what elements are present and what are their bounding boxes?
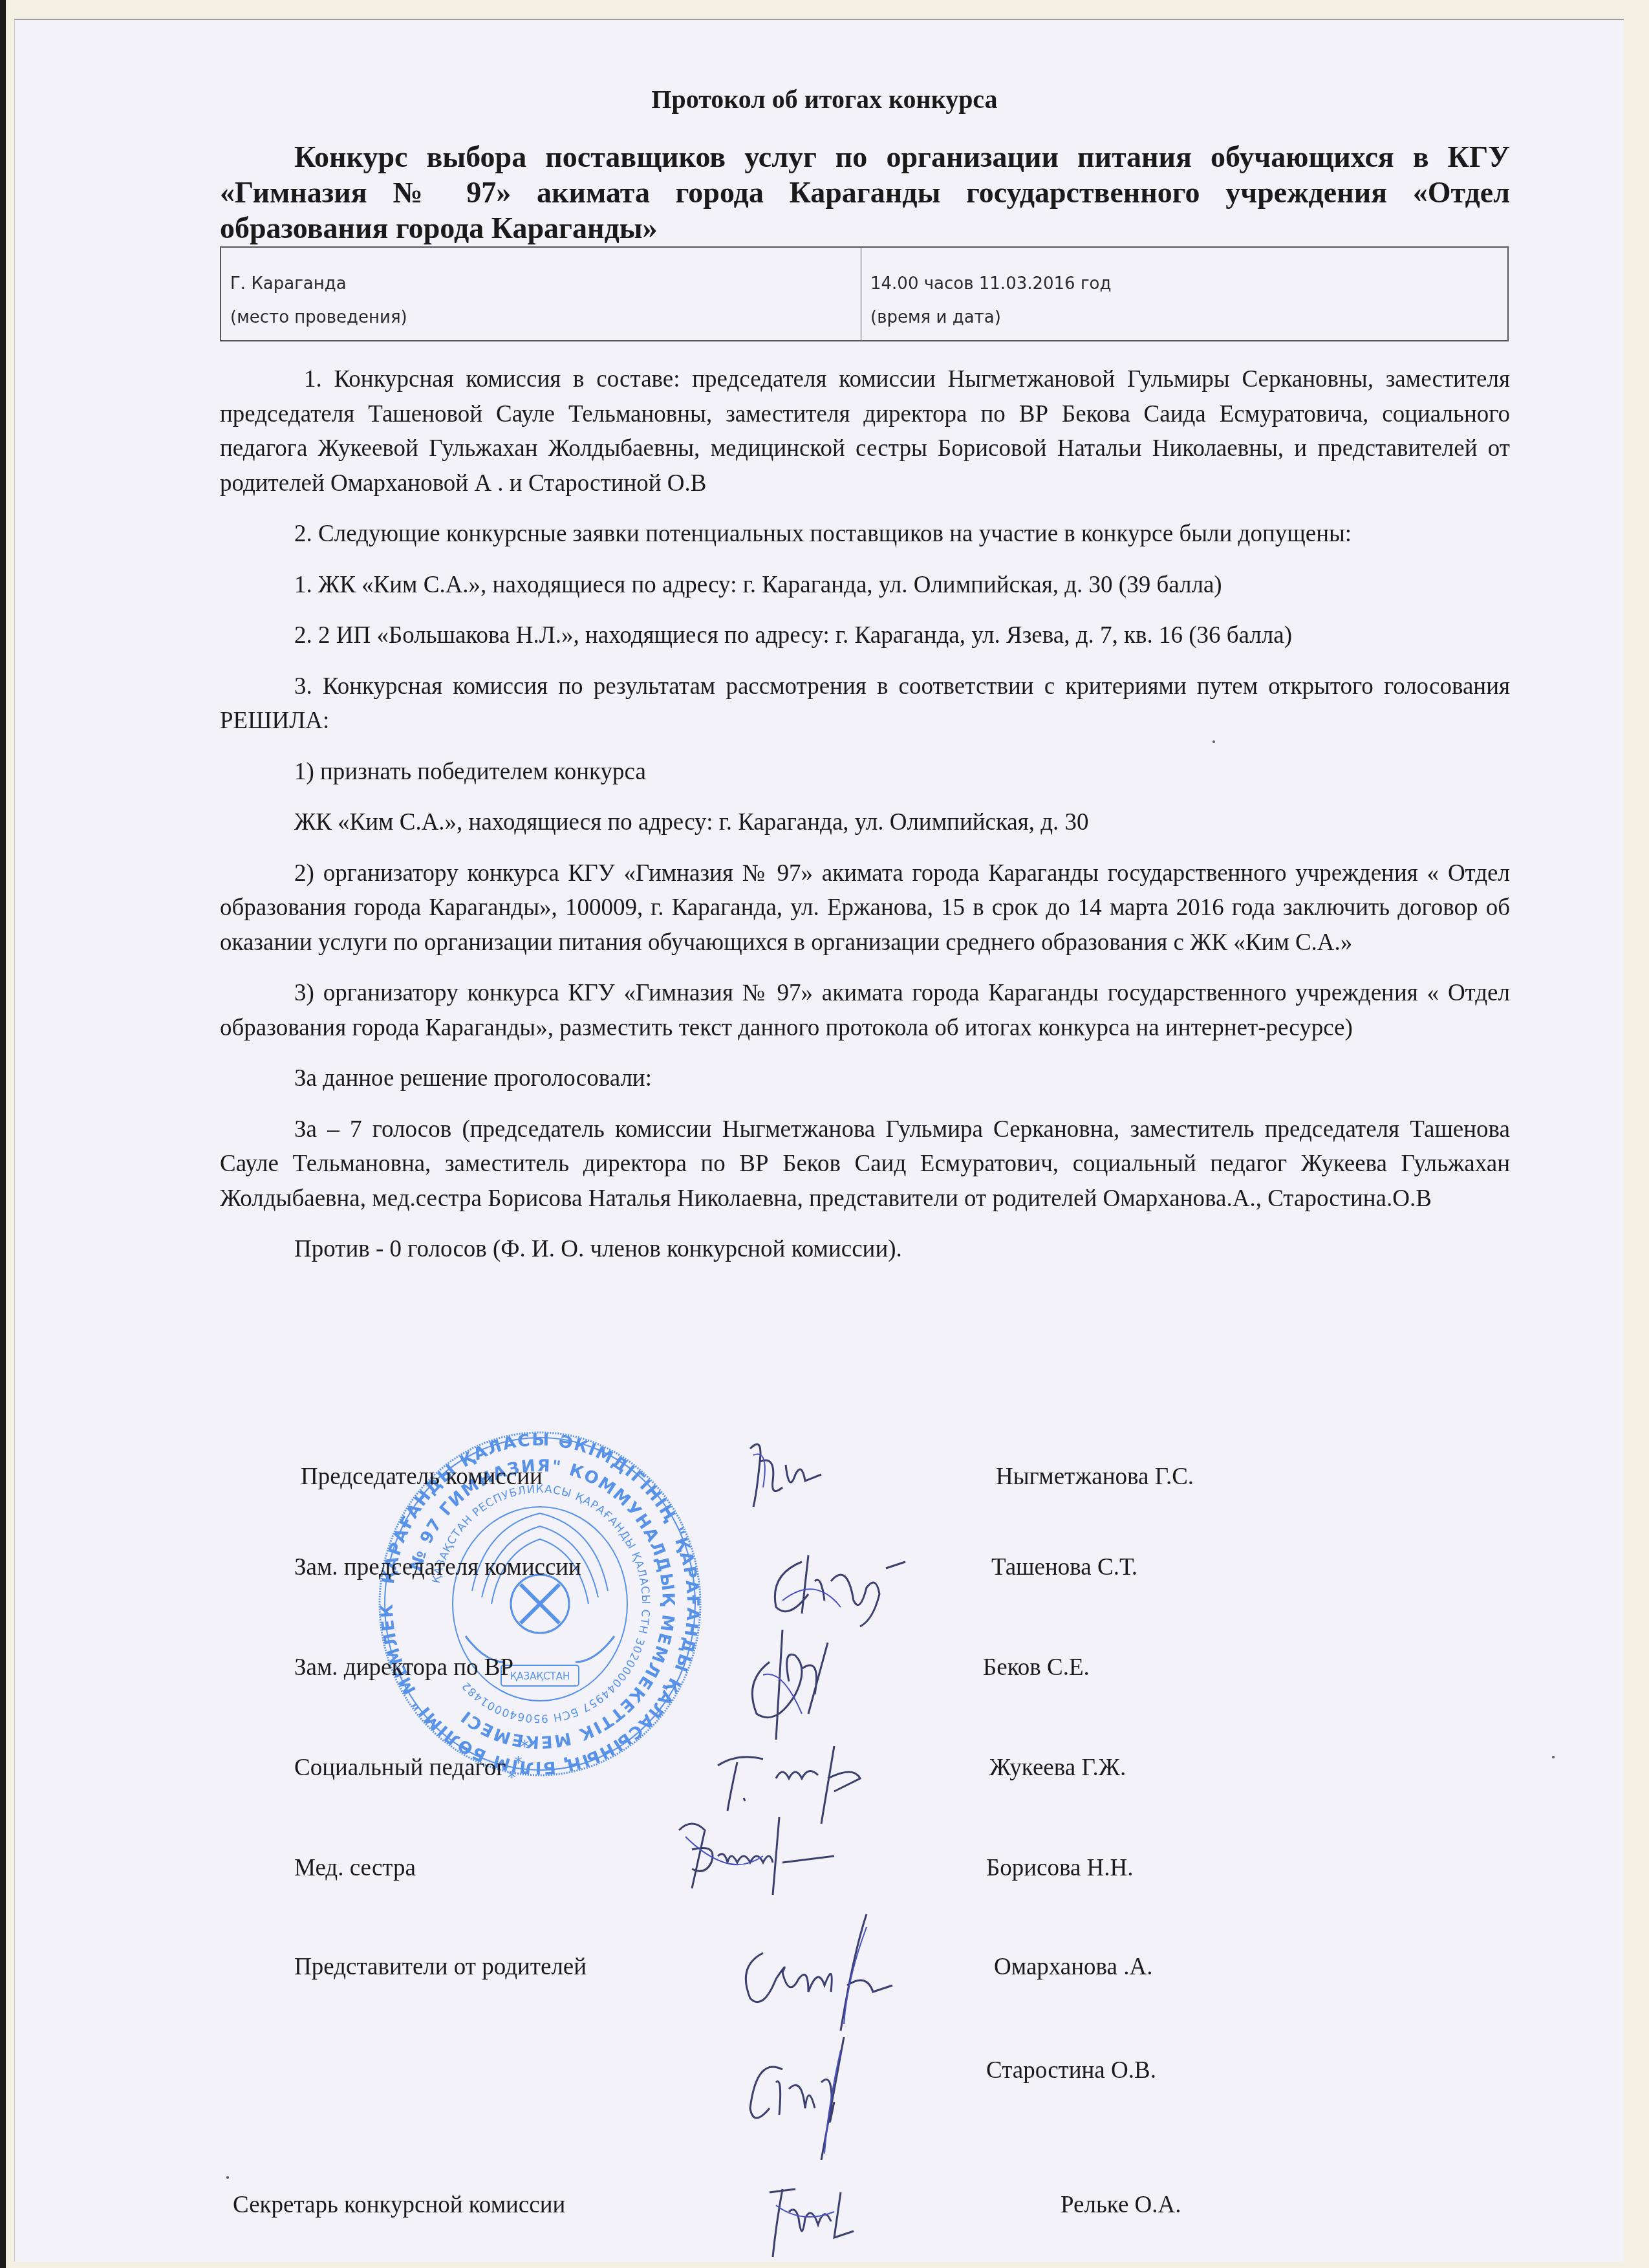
- signature-name: Ташенова С.Т.: [991, 1553, 1137, 1582]
- scan-speck: [1552, 1756, 1555, 1758]
- signature-name: Рельке О.А.: [1061, 2191, 1181, 2219]
- signature-chair-icon: [724, 1436, 854, 1520]
- paragraph-admitted: 2. Следующие конкурсные заявки потенциал…: [220, 517, 1510, 552]
- place-value: Г. Караганда: [230, 267, 852, 301]
- svg-text:ҚАЗАҚСТАН: ҚАЗАҚСТАН: [510, 1670, 570, 1682]
- paragraph-bid-2: 2. 2 ИП «Большакова Н.Л.», находящиеся п…: [220, 618, 1510, 653]
- datetime-label: (время и дата): [870, 301, 1498, 334]
- place-label: (место проведения): [230, 301, 852, 334]
- signature-deputy-director-icon: [744, 1617, 873, 1746]
- paragraph-publish: 3) организатору конкурса КГУ «Гимназия №…: [220, 976, 1510, 1045]
- scanner-edge: [0, 0, 6, 2268]
- signature-role: Мед. сестра: [294, 1854, 416, 1883]
- paragraph-votes-for: За – 7 голосов (председатель комиссии Ны…: [220, 1112, 1510, 1216]
- paragraph-vote-heading: За данное решение проголосовали:: [220, 1061, 1510, 1096]
- place-cell: Г. Караганда (место проведения): [221, 248, 861, 340]
- paragraph-winner: ЖК «Ким С.А.», находящиеся по адресу: г.…: [220, 805, 1510, 840]
- paragraph-votes-against: Против - 0 голосов (Ф. И. О. членов конк…: [220, 1232, 1510, 1267]
- datetime-value: 14.00 часов 11.03.2016 год: [870, 267, 1498, 301]
- paragraph-contract: 2) организатору конкурса КГУ «Гимназия №…: [220, 856, 1510, 960]
- document-subtitle: Конкурс выбора поставщиков услуг по орга…: [220, 139, 1510, 246]
- scan-speck: [226, 2176, 229, 2179]
- meta-table: Г. Караганда (место проведения) 14.00 ча…: [220, 246, 1509, 341]
- signature-name: Старостина О.В.: [986, 2057, 1156, 2085]
- signature-role: Председатель комиссии: [301, 1463, 543, 1491]
- datetime-cell: 14.00 часов 11.03.2016 год (время и дата…: [861, 248, 1507, 340]
- svg-text:*: *: [508, 1769, 516, 1778]
- signature-role: Секретарь конкурсной комиссии: [233, 2191, 565, 2219]
- signature-name: Жукеева Г.Ж.: [989, 1754, 1126, 1782]
- signature-parent-2-icon: [744, 2031, 873, 2160]
- paragraph-decision: 3. Конкурсная комиссия по результатам ра…: [220, 669, 1510, 739]
- document-body: 1. Конкурсная комиссия в составе: предсе…: [220, 362, 1510, 1283]
- paragraph-winner-heading: 1) признать победителем конкурса: [220, 755, 1510, 790]
- scan-speck: [1212, 740, 1215, 743]
- signature-name: Ныгметжанова Г.С.: [996, 1463, 1194, 1491]
- signature-nurse-icon: [666, 1811, 847, 1901]
- paragraph-bid-1: 1. ЖК «Ким С.А.», находящиеся по адресу:…: [220, 568, 1510, 603]
- document-title: Протокол об итогах конкурса: [0, 84, 1649, 115]
- signature-secretary-icon: [757, 2166, 873, 2263]
- signature-role: Зам. директора по ВР: [294, 1654, 513, 1682]
- signature-name: Борисова Н.Н.: [986, 1854, 1134, 1883]
- signature-parent-1-icon: [737, 1901, 918, 2044]
- signature-role: Представители от родителей: [294, 1953, 587, 1982]
- signature-name: Беков С.Е.: [983, 1654, 1090, 1682]
- signature-name: Омарханова .А.: [994, 1953, 1152, 1982]
- signature-role: Зам. председателя комиссии: [294, 1553, 581, 1582]
- signature-role: Социальный педагог: [294, 1754, 506, 1782]
- paragraph-commission: 1. Конкурсная комиссия в составе: предсе…: [220, 362, 1510, 501]
